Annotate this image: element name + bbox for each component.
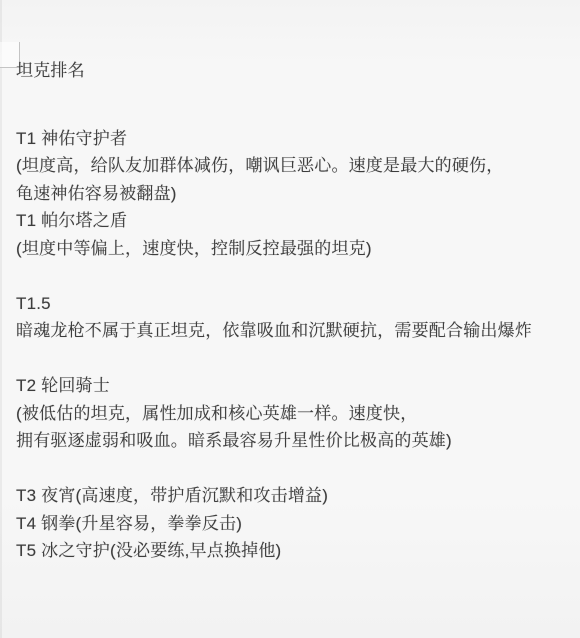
document-content: 坦克排名 T1 神佑守护者(坦度高，给队友加群体减伤，嘲讽巨恶心。速度是最大的硬… <box>0 0 580 565</box>
document-section: T1.5暗魂龙枪不属于真正坦克，依靠吸血和沉默硬抗，需要配合输出爆炸 <box>16 290 566 345</box>
text-line: 暗魂龙枪不属于真正坦克，依靠吸血和沉默硬抗，需要配合输出爆炸 <box>16 317 566 345</box>
document-section: T3 夜宵(高速度，带护盾沉默和攻击增益)T4 钢拳(升星容易，拳拳反击)T5 … <box>16 482 566 565</box>
text-line: T1 帕尔塔之盾 <box>16 207 566 235</box>
document-sections: T1 神佑守护者(坦度高，给队友加群体减伤，嘲讽巨恶心。速度是最大的硬伤，龟速神… <box>16 125 566 565</box>
text-line: 拥有驱逐虚弱和吸血。暗系最容易升星性价比极高的英雄) <box>16 427 566 455</box>
text-line: T4 钢拳(升星容易，拳拳反击) <box>16 510 566 538</box>
text-line: (被低估的坦克，属性加成和核心英雄一样。速度快， <box>16 400 566 428</box>
text-line: 龟速神佑容易被翻盘) <box>16 180 566 208</box>
text-line: T1.5 <box>16 290 566 318</box>
text-line: T1 神佑守护者 <box>16 125 566 153</box>
text-line: (坦度中等偏上，速度快，控制反控最强的坦克) <box>16 235 566 263</box>
text-line: T3 夜宵(高速度，带护盾沉默和攻击增益) <box>16 482 566 510</box>
document-section: T1 神佑守护者(坦度高，给队友加群体减伤，嘲讽巨恶心。速度是最大的硬伤，龟速神… <box>16 125 566 263</box>
text-line: T2 轮回骑士 <box>16 372 566 400</box>
text-line: (坦度高，给队友加群体减伤，嘲讽巨恶心。速度是最大的硬伤， <box>16 152 566 180</box>
document-title: 坦克排名 <box>16 57 566 85</box>
document-section: T2 轮回骑士(被低估的坦克，属性加成和核心英雄一样。速度快，拥有驱逐虚弱和吸血… <box>16 372 566 455</box>
text-line: T5 冰之守护(没必要练,早点换掉他) <box>16 537 566 565</box>
document-page: 坦克排名 T1 神佑守护者(坦度高，给队友加群体减伤，嘲讽巨恶心。速度是最大的硬… <box>0 0 580 638</box>
